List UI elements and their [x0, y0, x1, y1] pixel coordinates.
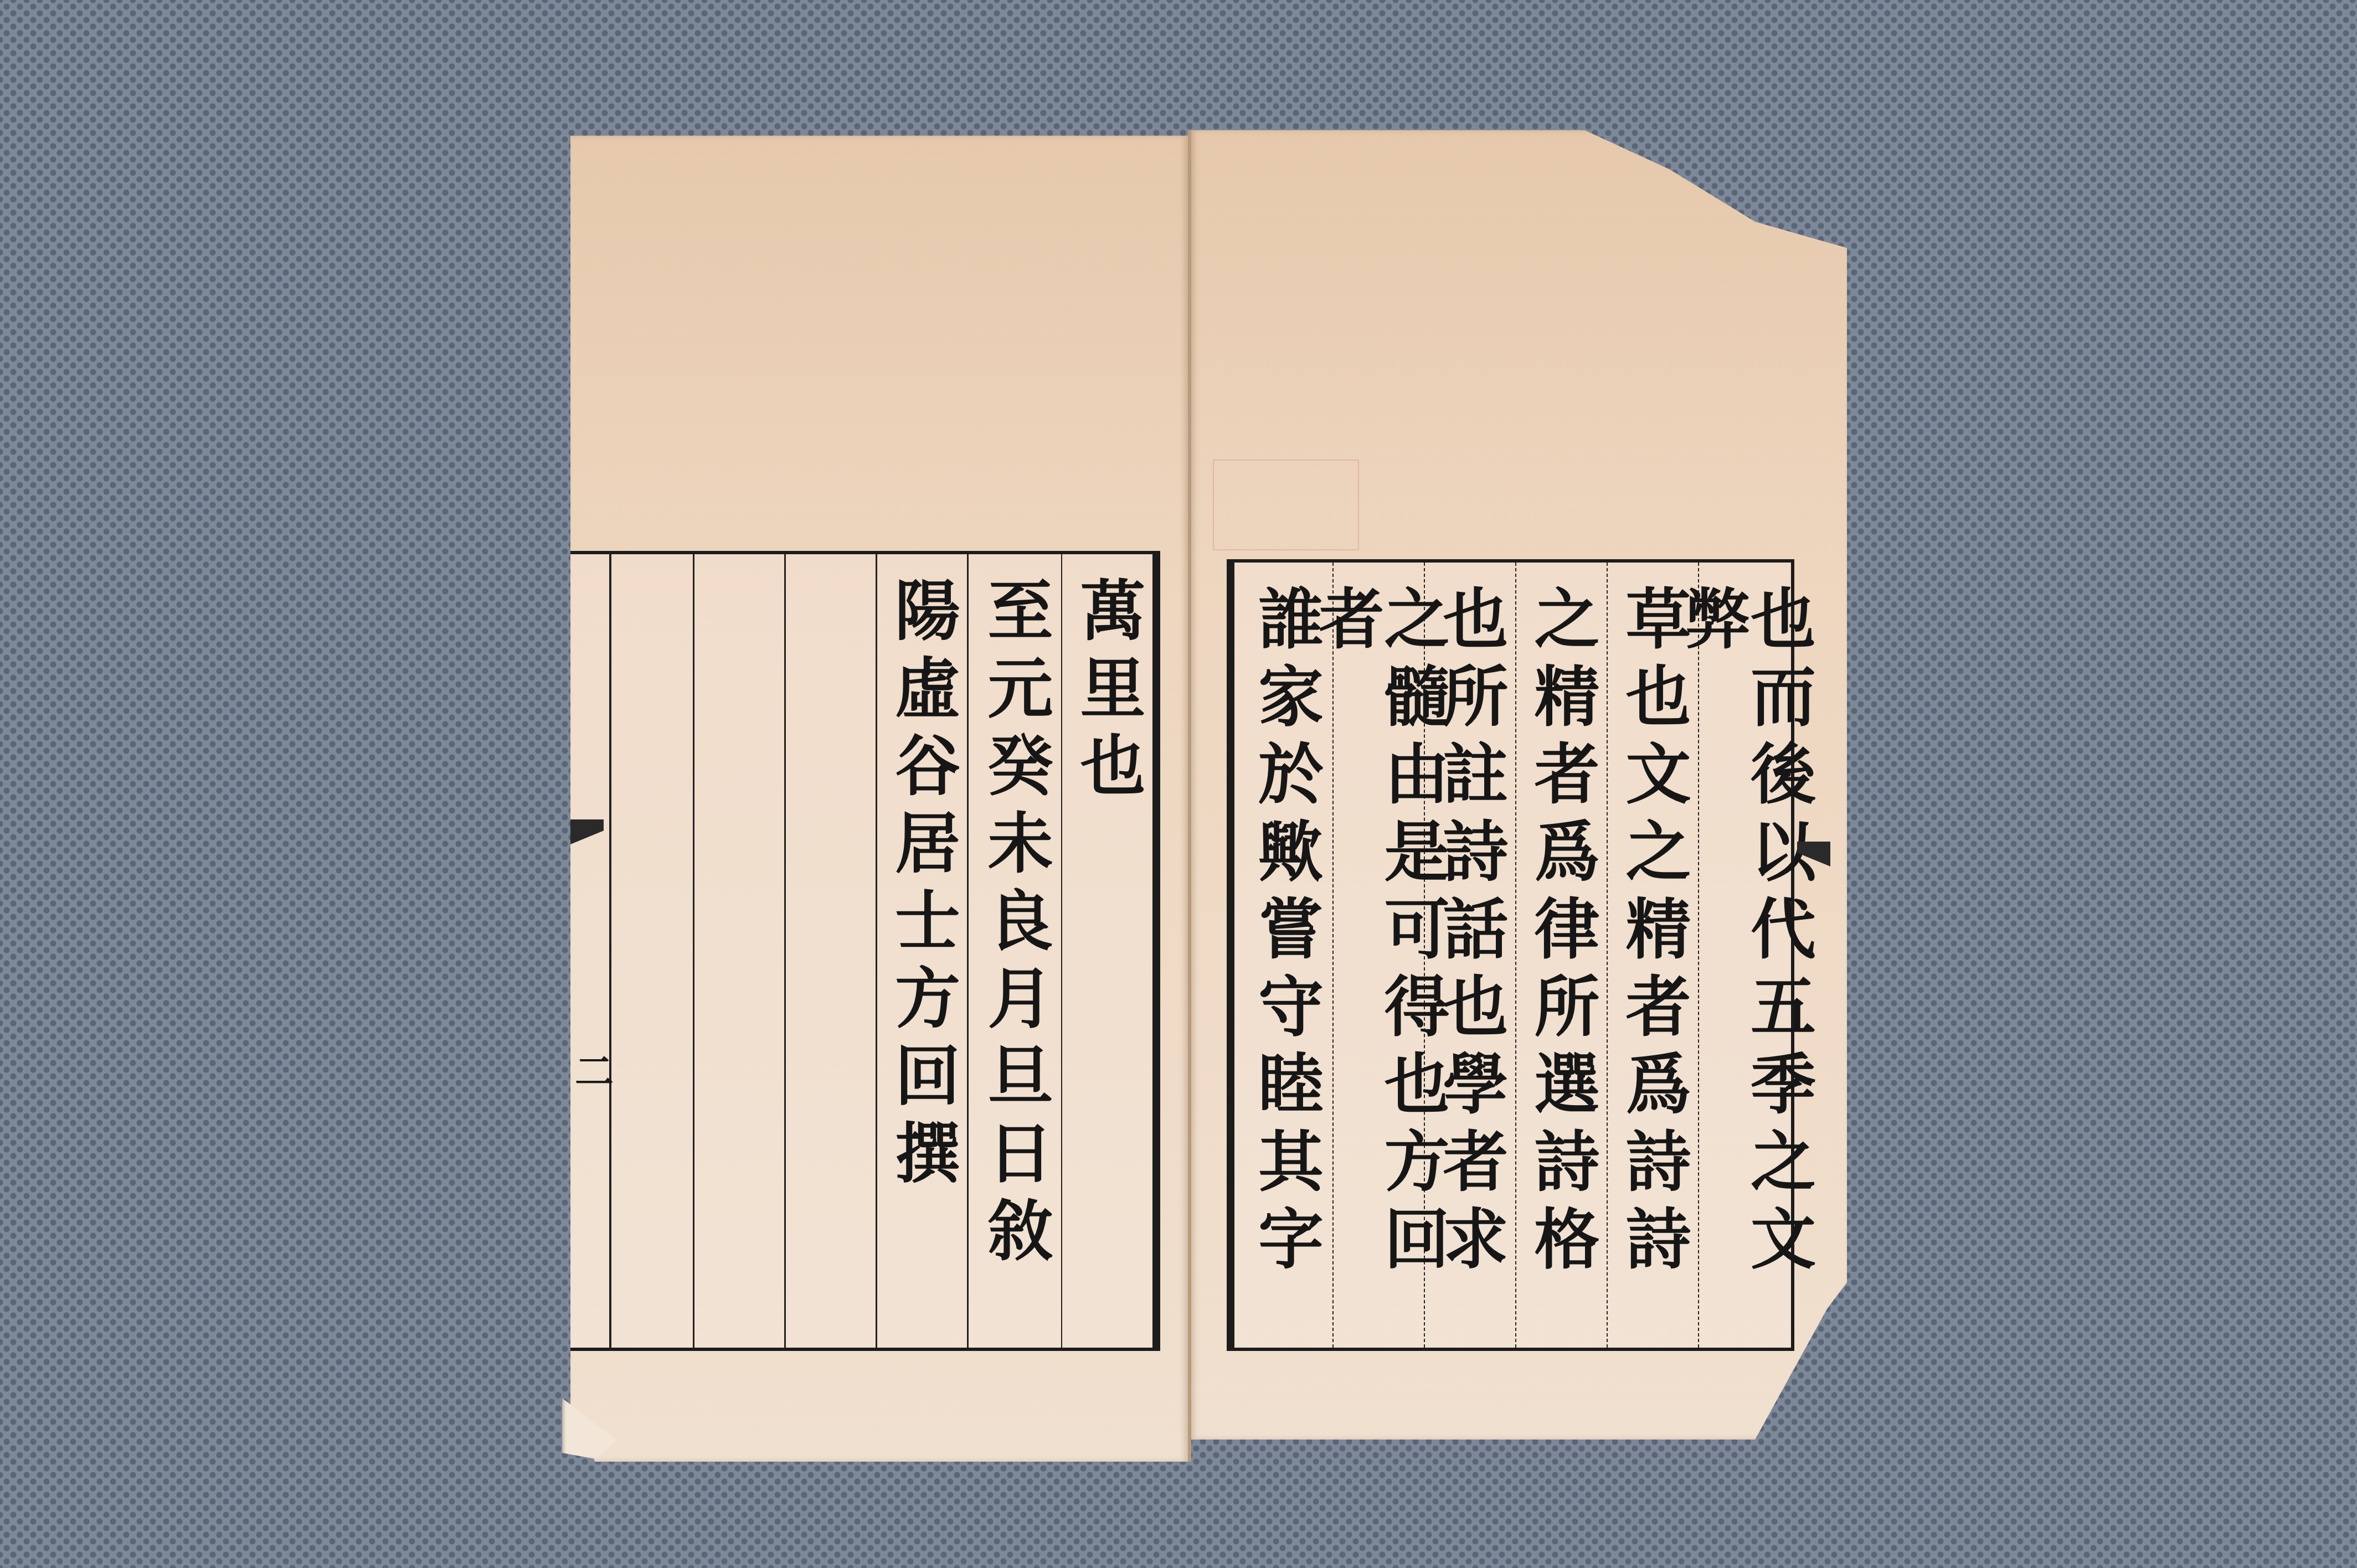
right-page-frame: 也而後以代五季之文弊 草也文之精者爲詩詩 之精者爲律所選詩格 也所註詩話也學者求… [1227, 559, 1794, 1351]
right-fold-margin [1794, 559, 1844, 1351]
text-column: 之髓由是可得也方回者 [1332, 563, 1424, 1348]
text-column: 誰家於歟嘗守睦其字 [1238, 563, 1332, 1348]
show-through-column [693, 554, 784, 1348]
text-column: 草也文之精者爲詩詩 [1607, 563, 1698, 1348]
column-text: 誰家於歟嘗守睦其字 [1253, 585, 1318, 1282]
column-text: 之精者爲律所選詩格 [1529, 585, 1594, 1282]
column-text: 陽虛谷居士方回撰 [889, 576, 955, 1196]
column-text: 之髓由是可得也方回者 [1314, 585, 1444, 1348]
text-column: 陽虛谷居士方回撰 [876, 554, 967, 1348]
text-column: 萬里也 [1061, 554, 1152, 1348]
text-column: 也而後以代五季之文弊 [1698, 563, 1791, 1348]
show-through-column [784, 554, 876, 1348]
faded-seal-stamp [1213, 460, 1359, 550]
book-fold [1188, 130, 1191, 1462]
show-through-column [610, 554, 693, 1348]
column-text: 也而後以代五季之文弊 [1680, 585, 1810, 1348]
text-column: 之精者爲律所選詩格 [1515, 563, 1607, 1348]
column-text: 至元癸未良月旦日敘 [982, 576, 1048, 1274]
left-fold-margin [570, 551, 611, 1351]
page-number: 二 [575, 1041, 614, 1097]
left-page-frame: 萬里也 至元癸未良月旦日敘 陽虛谷居士方回撰 [570, 551, 1160, 1351]
column-text: 萬里也 [1075, 576, 1140, 809]
text-column: 至元癸未良月旦日敘 [967, 554, 1061, 1348]
column-text: 草也文之精者爲詩詩 [1620, 585, 1686, 1282]
